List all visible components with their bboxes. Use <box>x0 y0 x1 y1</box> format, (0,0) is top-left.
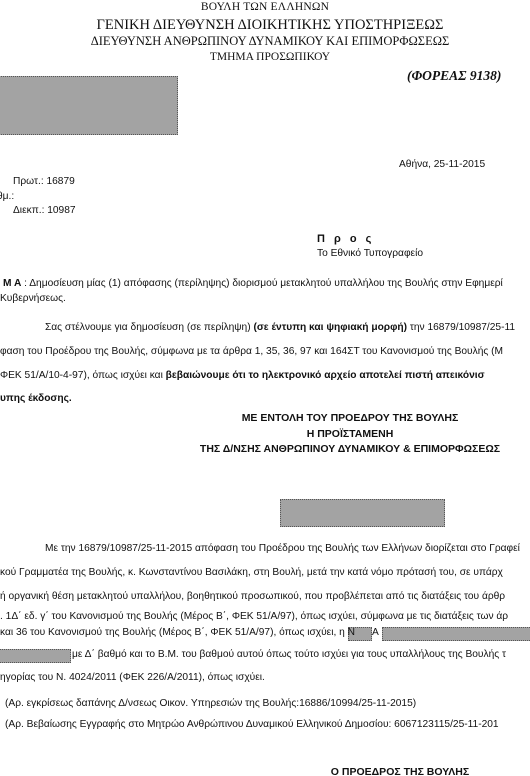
recipient-label: Π ρ ο ς <box>317 233 374 245</box>
recipient-value: Το Εθνικό Τυπογραφείο <box>317 248 423 259</box>
redacted-block-signatory <box>280 499 445 527</box>
body1-line-3: ΦΕΚ 51/Α/10-4-97), όπως ισχύει και βεβαι… <box>0 370 485 381</box>
expense-approval-note: (Αρ. εγκρίσεως δαπάνης Δ/νσεως Οικον. Υπ… <box>5 698 416 709</box>
parliament-title: ΒΟΥΛΗ ΤΩΝ ΕΛΛΗΝΩΝ <box>0 1 530 13</box>
section-title: ΤΜΗΜΑ ΠΡΟΣΩΠΙΚΟΥ <box>60 51 480 63</box>
redacted-block-name-3 <box>0 649 71 663</box>
body1-line-4: υπης έκδοσης. <box>0 393 72 404</box>
body1-line-2: φαση του Προέδρου της Βουλής, σύμφωνα με… <box>0 346 503 357</box>
redacted-block-name-2 <box>382 627 530 641</box>
registry-note: (Αρ. Βεβαίωσης Εγγραφής στο Μητρώο Ανθρώ… <box>5 719 499 730</box>
arithm-label: θμ.: <box>0 191 14 202</box>
body1-text-bold: (σε έντυπη και ψηφιακή μορφή) <box>253 322 407 333</box>
body2-line-4: . 1Δ΄ εδ. γ΄ του Κανονισμού της Βουλής (… <box>0 611 508 622</box>
protocol-number: Πρωτ.: 16879 <box>13 176 75 187</box>
body2-line-7: ηγορίας του Ν. 4024/2011 (ΦΕΚ 226/Α/2011… <box>0 672 265 683</box>
body2-line-5: και 36 του Κανονισμού της Βουλής (Μέρος … <box>0 627 355 638</box>
document-date: Αθήνα, 25-11-2015 <box>399 159 485 170</box>
subject-label: Μ Α <box>3 278 21 289</box>
body2-line-1: Με την 16879/10987/25-11-2015 απόφαση το… <box>45 543 520 554</box>
body1-text-c: την 16879/10987/25-11 <box>407 322 515 333</box>
diekp-number: Διεκπ.: 10987 <box>13 205 76 216</box>
directorate-title: ΔΙΕΥΘΥΝΣΗ ΑΝΘΡΩΠΙΝΟΥ ΔΥΝΑΜΙΚΟΥ ΚΑΙ ΕΠΙΜΟ… <box>60 34 480 49</box>
subject-text: : Δημοσίευση μίας (1) απόφασης (περίληψη… <box>21 278 503 289</box>
redacted-block-address <box>0 76 178 135</box>
foreas-code: (ΦΟΡΕΑΣ 9138) <box>407 68 501 84</box>
body2-line-6: με Δ΄ βαθμό και το Β.Μ. του βαθμού αυτού… <box>72 649 506 660</box>
signature1-line-1: ΜΕ ΕΝΤΟΛΗ ΤΟΥ ΠΡΟΕΔΡΟΥ ΤΗΣ ΒΟΥΛΗΣ <box>160 412 530 424</box>
body1-line-1: Σας στέλνουμε για δημοσίευση (σε περίληψ… <box>45 322 515 333</box>
body1-text-a: Σας στέλνουμε για δημοσίευση (σε περίληψ… <box>45 322 253 333</box>
body1-line3-bold: βεβαιώνουμε ότι το ηλεκτρονικό αρχείο απ… <box>166 370 485 381</box>
body2-line-3: ή οργανική θέση μετακλητού υπαλλήλου, βο… <box>0 591 505 602</box>
signature1-line-3: ΤΗΣ Δ/ΝΣΗΣ ΑΝΘΡΩΠΙΝΟΥ ΔΥΝΑΜΙΚΟΥ & ΕΠΙΜΟΡ… <box>160 443 530 455</box>
signature2-line-1: Ο ΠΡΟΕΔΡΟΣ ΤΗΣ ΒΟΥΛΗΣ <box>280 766 520 776</box>
body2-line-5-b: Α <box>372 627 379 638</box>
body2-line-2: κού Γραμματέα της Βουλής, κ. Κωνσταντίνο… <box>0 567 503 578</box>
general-directorate-title: ΓΕΝΙΚΗ ΔΙΕΥΘΥΝΣΗ ΔΙΟΙΚΗΤΙΚΗΣ ΥΠΟΣΤΗΡΙΞΕΩ… <box>60 17 480 34</box>
body1-line3-text: ΦΕΚ 51/Α/10-4-97), όπως ισχύει και <box>0 370 166 381</box>
signature1-line-2: Η ΠΡΟΪΣΤΑΜΕΝΗ <box>160 428 530 440</box>
subject-line-1: Μ Α : Δημοσίευση μίας (1) απόφασης (περί… <box>3 278 503 289</box>
subject-line-2: Κυβερνήσεως. <box>0 293 66 304</box>
